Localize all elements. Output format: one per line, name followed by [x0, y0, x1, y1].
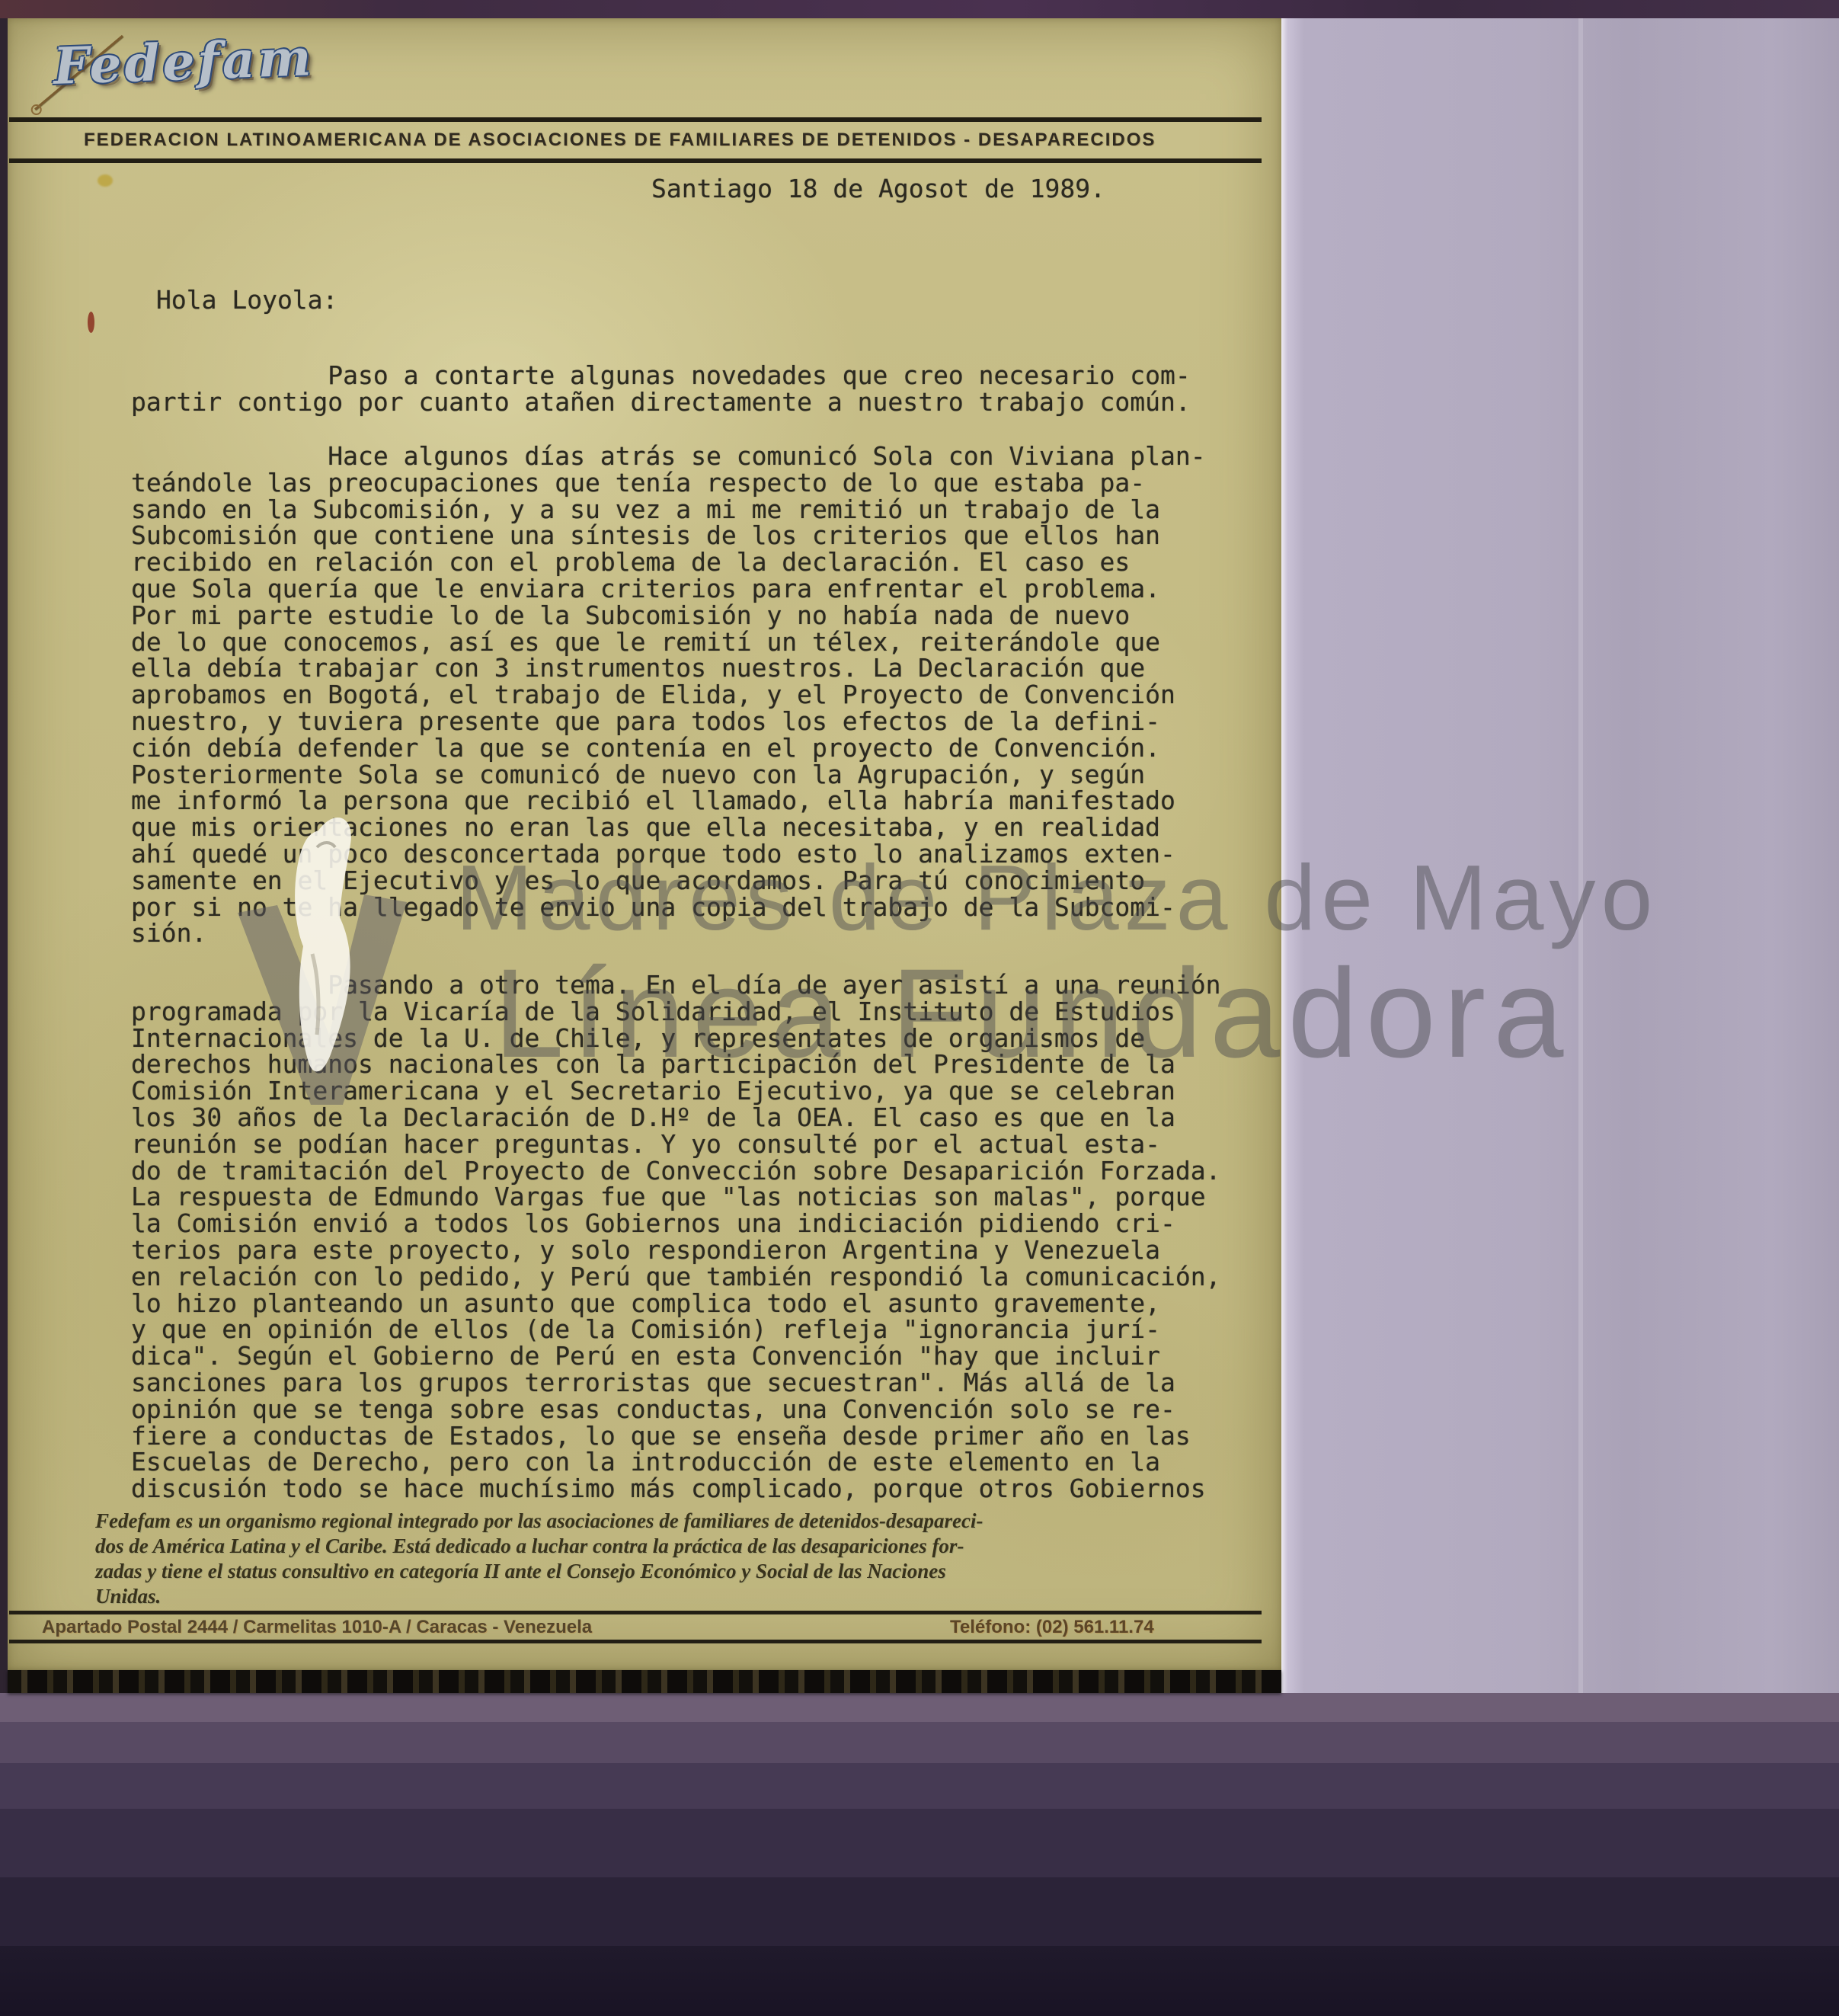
organization-name: FEDERACION LATINOAMERICANA DE ASOCIACION… — [84, 130, 1156, 151]
backdrop-bottom-panel — [0, 1693, 1839, 2016]
address-line: Apartado Postal 2444 / Carmelitas 1010-A… — [42, 1617, 592, 1638]
scan-edge-artifact — [8, 1670, 1281, 1693]
header-rule-top — [9, 117, 1262, 122]
footer-rule-top — [9, 1611, 1262, 1614]
scanned-letter-page: Fedefam FEDERACION LATINOAMERICANA DE AS… — [0, 0, 1839, 2016]
watermark-linea-text: Línea Fundadora — [494, 942, 1571, 1086]
letter-paragraph-1: Paso a contarte algunas novedades que cr… — [131, 363, 1191, 416]
phone-line: Teléfono: (02) 561.11.74 — [950, 1617, 1154, 1638]
backdrop-left-band — [0, 18, 8, 1694]
fedefam-footnote: Fedefam es un organismo regional integra… — [95, 1509, 983, 1609]
footer-rule-bottom — [9, 1640, 1262, 1643]
ink-blemish — [88, 312, 94, 333]
paper-stain — [98, 174, 113, 187]
header-rule-bottom — [9, 158, 1262, 163]
fedefam-logo: Fedefam — [53, 27, 315, 96]
madres-panuelo-logo-watermark — [227, 802, 427, 1109]
watermark-madres-text: Madres de Plaza de Mayo — [456, 844, 1658, 951]
greeting: Hola Loyola: — [156, 285, 337, 315]
backdrop-top-band — [0, 0, 1839, 18]
date-line: Santiago 18 de Agosot de 1989. — [651, 174, 1105, 203]
